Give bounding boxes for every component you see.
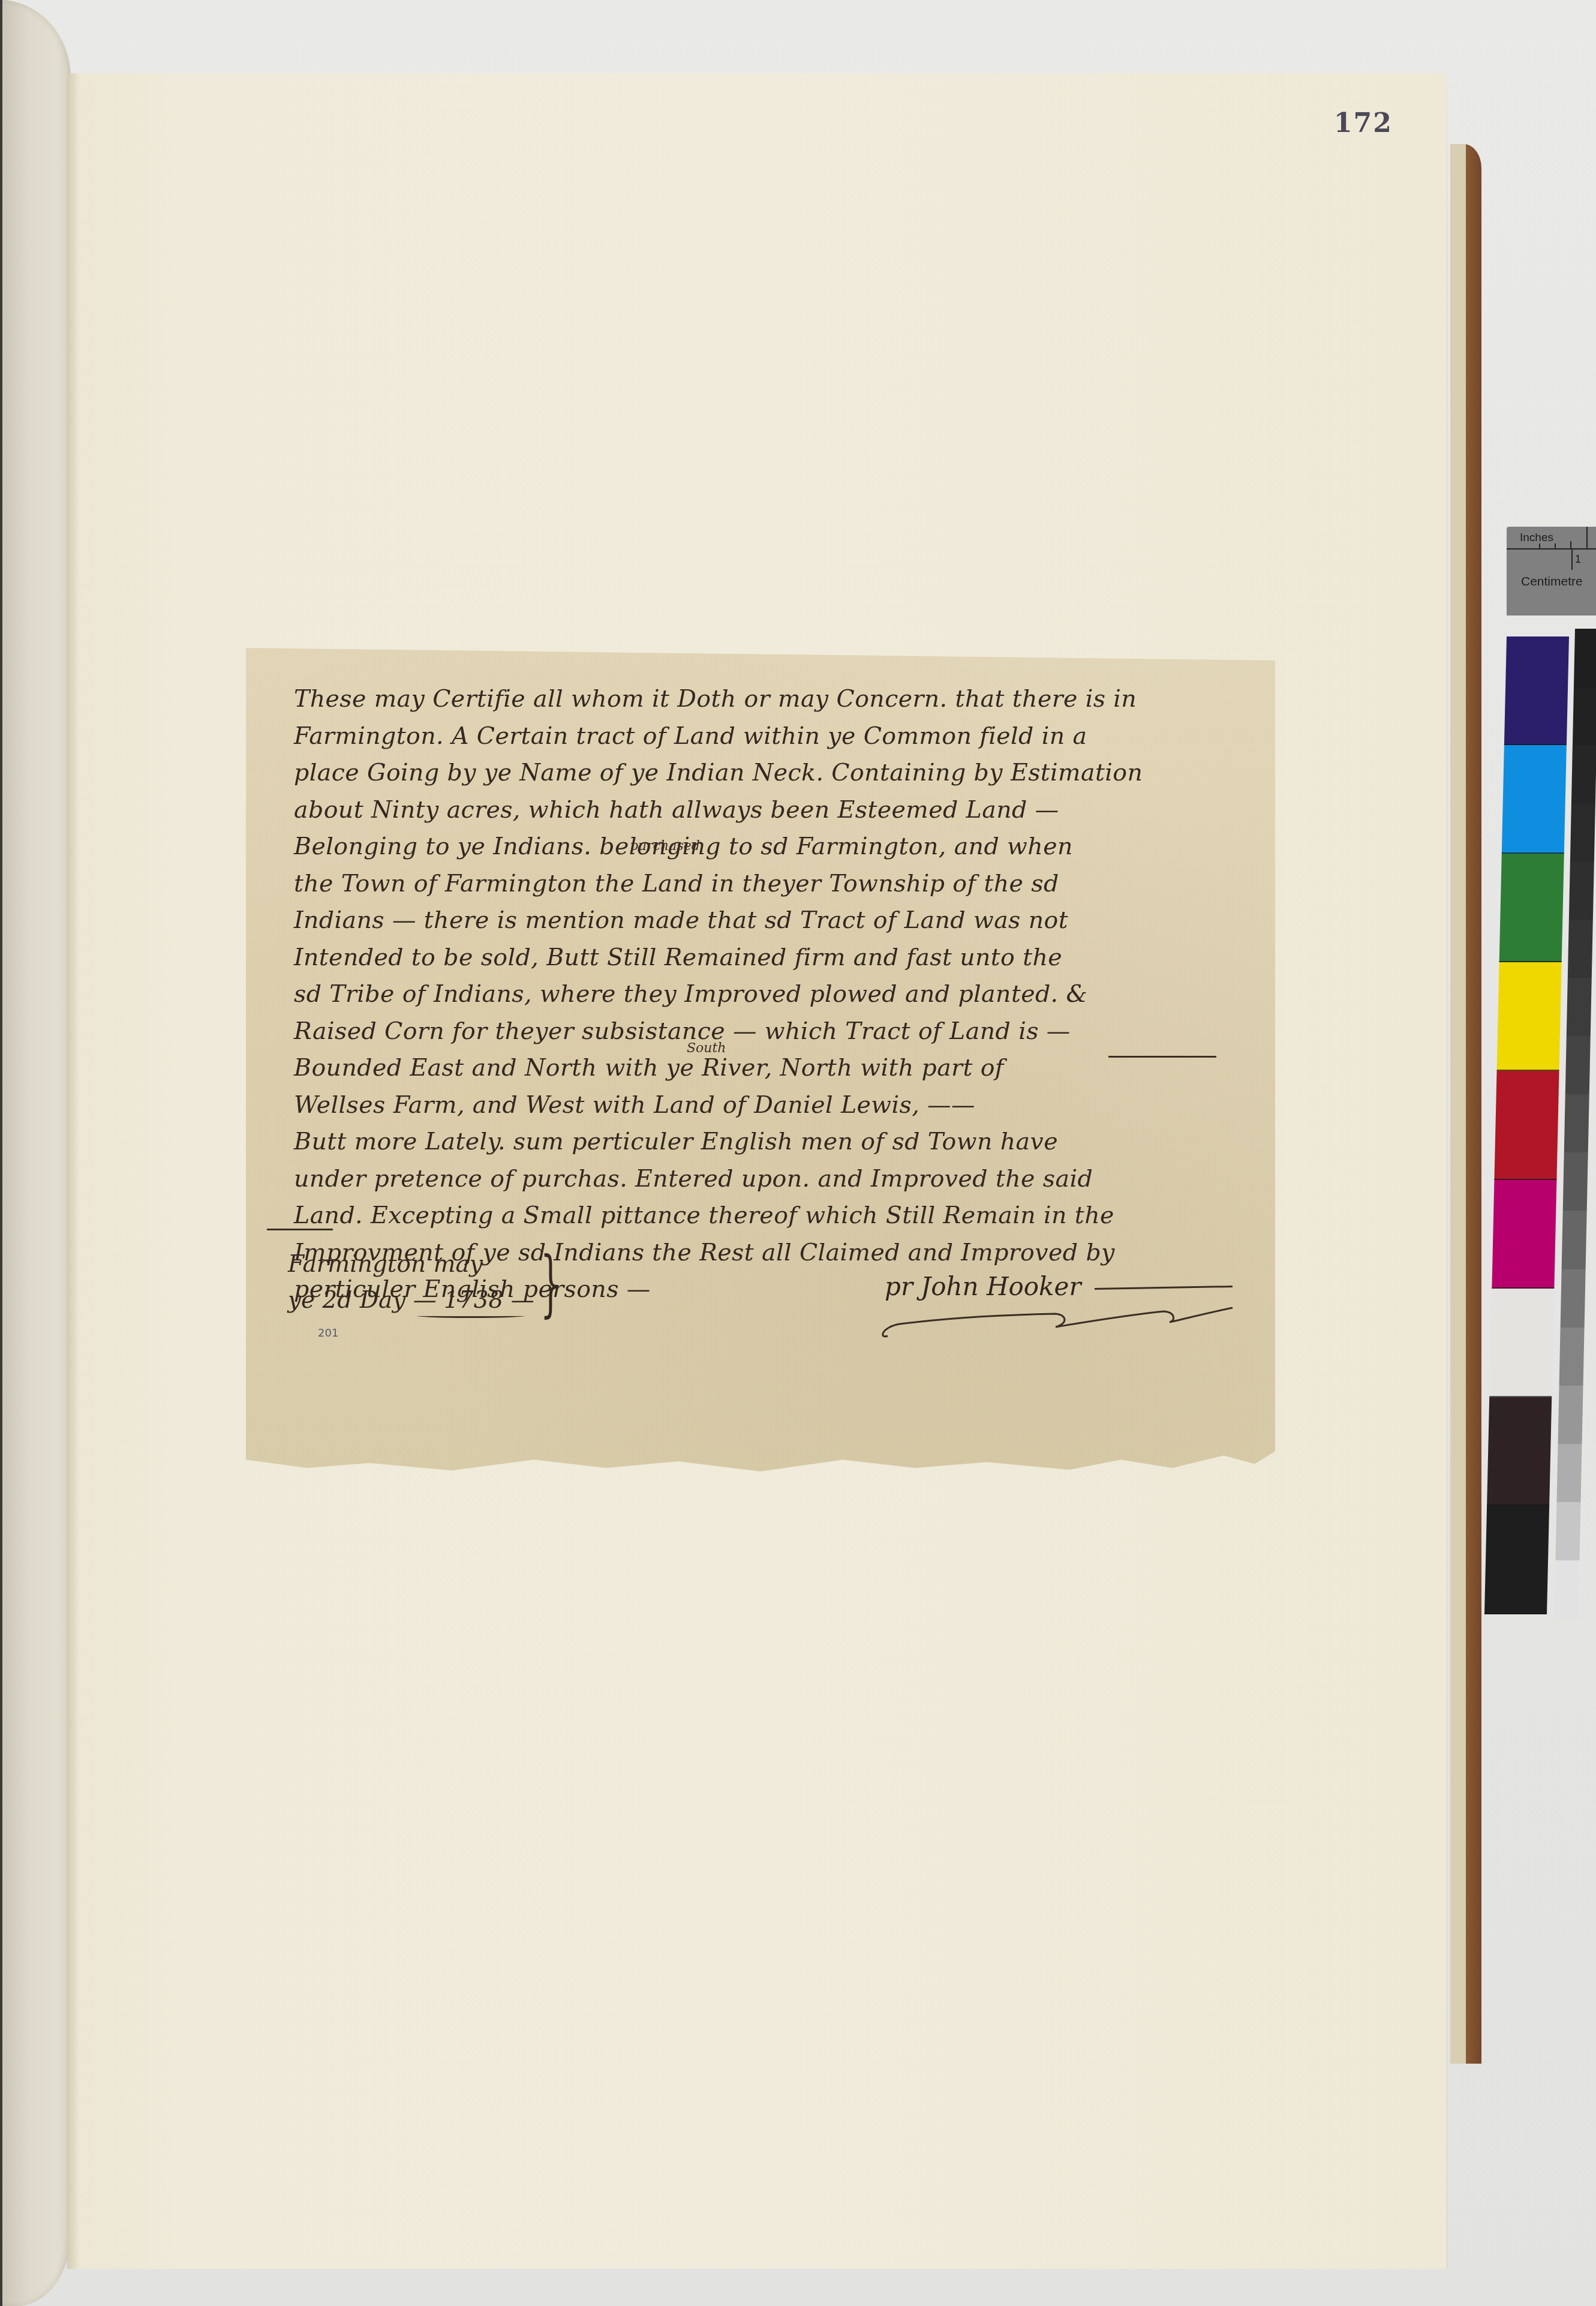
gray-step — [1563, 1152, 1588, 1211]
letter-line: Land. Excepting a Small pittance thereof… — [294, 1197, 1242, 1235]
letter-line: Bounded East and North with ye River, No… — [294, 1050, 1242, 1087]
underline-rule — [267, 1229, 333, 1230]
gray-step — [1565, 1036, 1591, 1094]
pencil-note: 201 — [318, 1327, 338, 1340]
swatch-red — [1494, 1071, 1559, 1179]
scale-rule — [1507, 548, 1596, 550]
letter-line: Intended to be sold, Butt Still Remained… — [294, 939, 1242, 977]
scale-tick — [1586, 527, 1588, 548]
line-filler-dash — [1108, 1056, 1216, 1058]
letter-line: Farmington. A Certain tract of Land with… — [294, 718, 1242, 755]
gray-step — [1562, 1211, 1587, 1269]
gray-step — [1574, 629, 1596, 687]
letter-line: Butt more Lately. sum perticuler English… — [294, 1124, 1242, 1161]
swatch-white — [1489, 1289, 1554, 1397]
gray-step — [1561, 1269, 1586, 1328]
letter-line: Indians — there is mention made that sd … — [294, 902, 1242, 939]
manuscript-letter: 172 These may Certifie all whom it Doth … — [246, 648, 1275, 1485]
dateline-date: ye 2d Day — 1738 — — [288, 1283, 534, 1319]
dateline-place: Farmington may — [288, 1247, 534, 1283]
signature-flourish — [876, 1303, 1236, 1339]
gray-step — [1559, 1328, 1585, 1386]
gray-step — [1569, 861, 1594, 920]
gray-step — [1555, 1502, 1580, 1560]
letter-line: These may Certifie all whom it Doth or m… — [294, 681, 1242, 718]
swatch-green — [1499, 854, 1564, 962]
letter-line: the Town of Farmington the Land in theye… — [294, 866, 1242, 903]
date-underline-flourish — [417, 1314, 525, 1318]
letter-body: These may Certifie all whom it Doth or m… — [294, 681, 1242, 1308]
interlinear-insertion-purchased: purchased — [630, 839, 700, 854]
letter-line: Belonging to ye Indians. belonging to sd… — [294, 828, 1242, 866]
gray-step — [1554, 1560, 1579, 1619]
gray-step — [1568, 920, 1593, 978]
gray-step — [1564, 1094, 1589, 1152]
dateline: Farmington may ye 2d Day — 1738 — — [288, 1247, 534, 1319]
gray-step — [1570, 803, 1595, 861]
letter-line: about Ninty acres, which hath allways be… — [294, 792, 1242, 829]
measurement-scale: Inches 1 Centimetre — [1507, 527, 1596, 615]
scale-tick — [1555, 544, 1556, 548]
facing-page-left — [0, 0, 71, 2306]
scale-tick — [1539, 544, 1540, 548]
swatch-yellow — [1497, 962, 1562, 1071]
scale-tick — [1571, 550, 1573, 570]
signature: pr John Hooker — [885, 1272, 1081, 1301]
brace-glyph: } — [540, 1251, 561, 1317]
scale-inches-label: Inches — [1520, 532, 1553, 545]
swatch-magenta — [1492, 1180, 1556, 1289]
scale-tick — [1570, 541, 1571, 548]
scale-tick-label: 1 — [1575, 553, 1581, 566]
interlinear-insertion-south: South — [687, 1041, 726, 1056]
swatch-dark-brown — [1487, 1397, 1552, 1506]
gray-step — [1557, 1444, 1582, 1502]
letter-line: sd Tribe of Indians, where they Improved… — [294, 976, 1242, 1013]
scan-border — [0, 0, 2, 2306]
printed-page-number: 172 — [1334, 108, 1393, 139]
swatch-black — [1484, 1506, 1549, 1614]
letter-line: Raised Corn for theyer subsistance — whi… — [294, 1013, 1242, 1050]
scale-centimetre-label: Centimetre — [1521, 575, 1583, 589]
gray-step — [1573, 687, 1596, 745]
gray-step — [1571, 745, 1596, 803]
gray-step — [1558, 1386, 1583, 1444]
book-cover-edge — [1450, 144, 1481, 2064]
gray-step — [1567, 978, 1592, 1036]
gutter-shadow — [67, 73, 79, 2269]
letter-line: Wellses Farm, and West with Land of Dani… — [294, 1087, 1242, 1124]
swatch-cyan — [1502, 745, 1567, 854]
swatch-blue — [1504, 636, 1569, 745]
letter-line: under pretence of purchas. Entered upon.… — [294, 1161, 1242, 1198]
letter-line: place Going by ye Name of ye Indian Neck… — [294, 755, 1242, 792]
